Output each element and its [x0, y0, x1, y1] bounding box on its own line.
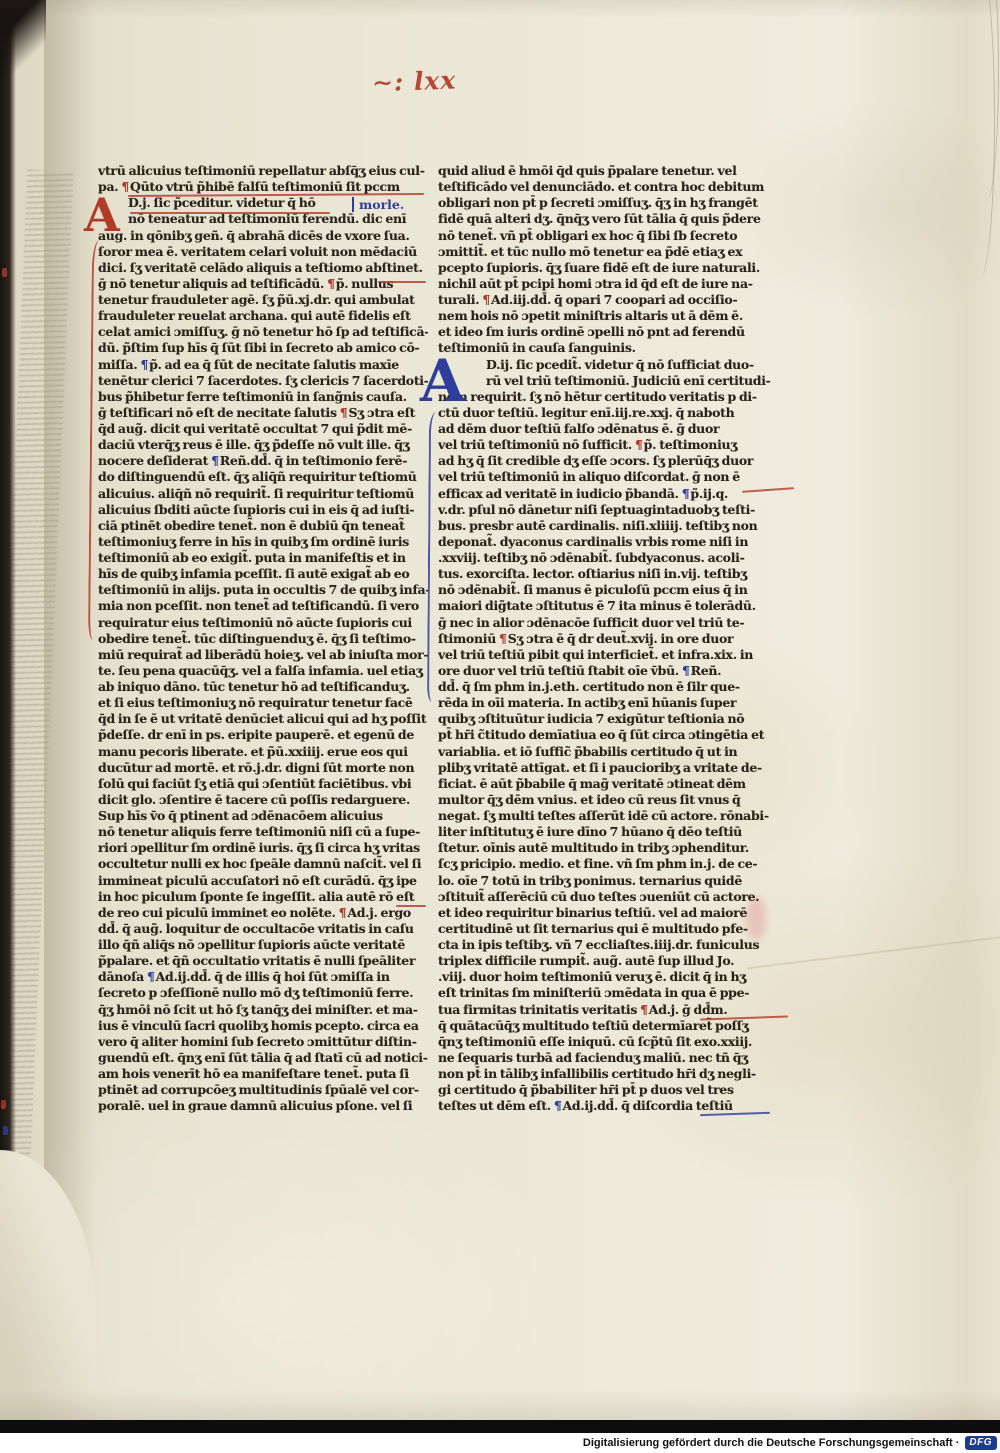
text-line: aug. in qōnibʒ geñ. q̄ abrahā dicēs de v…	[98, 228, 428, 244]
rubric-hairline	[380, 281, 426, 283]
pilcrow-mark: ¶	[340, 405, 349, 420]
text-line: ciā ptinēt obedire tenet̃. non ē dubiū q…	[98, 518, 428, 534]
photo-area: ∼: lxx vtrū alicuius teſtimoniū repellat…	[0, 0, 1000, 1420]
pilcrow-mark: ¶	[211, 453, 220, 468]
pilcrow-mark: ¶	[640, 1002, 649, 1017]
text-line: lo. oīe 7 totū in tribʒ ponimus. ternari…	[438, 873, 780, 889]
text-line: teſtimoniū in alijs. puta in occultis 7 …	[98, 582, 428, 598]
text-line: tenetur frauduleter agē. ſʒ p̃ū.xj.dr. q…	[98, 292, 428, 308]
gutter-rubric-speck	[1, 1100, 6, 1109]
text-line: deponat̃. dyaconus cardinalis vrbis rome…	[438, 534, 780, 550]
book-spine-edge	[0, 0, 16, 1280]
pilcrow-mark: ¶	[339, 905, 348, 920]
text-line: q̄nʒ teſtimoniū eſſe iniquū. cū ſcp̃tū ſ…	[438, 1034, 780, 1050]
text-line: nō teneatur ad teſtimoniū ferendū. dic e…	[98, 211, 428, 227]
text-line: riori ɔpellitur ſm ordinē iuris. q̄ʒ ſi …	[98, 840, 428, 856]
pilcrow-mark: ¶	[482, 292, 491, 307]
text-line: ḡ nec in alior ɔdēnacōe ſufficit duor ve…	[438, 615, 780, 631]
gutter-rubric-speck	[3, 1126, 8, 1135]
text-line: et ſi eius teſtimoniuʒ nō requiratur ten…	[98, 695, 428, 711]
text-line: teſtimoniuʒ ferre in hīs in quibʒ ſm ord…	[98, 534, 428, 550]
text-line: liter inſtitutuʒ ē iure dīno 7 hūano q̄ …	[438, 824, 780, 840]
text-line: do diſtinguendū eſt. q̄ʒ aliq̄ñ requirit…	[98, 469, 428, 485]
text-line: ius ē vinculū ſacri quolibʒ homis pcepto…	[98, 1018, 428, 1034]
text-line: triplex difficile rumpit̃. aug̃. autē ſu…	[438, 953, 780, 969]
text-line: Sup hīs v̄o q̄ ptinent ad ɔdēnacōem alic…	[98, 808, 428, 824]
text-line: turali. ¶Ad.iij.dd̄. q̄ opari 7 coopari …	[438, 292, 780, 308]
text-line: celat amici ɔmiſſuʒ. ḡ nō tenetur hō ſp …	[98, 324, 428, 340]
text-line: poralē. uel in graue damnū alicuius pſon…	[98, 1098, 428, 1114]
text-line: ficiat. ē aūt p̃babile q̄ mag̃ veritatē …	[438, 776, 780, 792]
text-line: vel triū teſtimoniū nō ſufficit. ¶p̃. te…	[438, 437, 780, 453]
text-line: miū requirat̃ ad liberādū hoieʒ. vel ab …	[98, 647, 428, 663]
text-line: nichil aūt pt̄ pcipi homi ɔtra id q̄d eſ…	[438, 276, 780, 292]
text-line: tus. exorciſta. lector. oſtiarius niſi i…	[438, 566, 780, 582]
text-line: nem hois nō ɔpetit miniſtris altaris ut …	[438, 308, 780, 324]
text-line: v.dr. pſul nō dānetur niſi ſeptuagintadu…	[438, 502, 780, 518]
text-line: nocere deſiderat ¶Reñ.dd̄. q̄ in teſtimo…	[98, 453, 428, 469]
text-line: .xxviij. teſtibʒ nō ɔdēnabit̃. ſubdyacon…	[438, 550, 780, 566]
text-line: obligari non pt̄ p ſecreti ɔmiſſuʒ. q̄ʒ …	[438, 195, 780, 211]
text-line: manu pecoris liberate. et p̃ū.xxiiij. er…	[98, 744, 428, 760]
text-line: gi certitudo q̄ p̃babiliter hr̄i pt̄ p d…	[438, 1082, 780, 1098]
footer-black-bar	[0, 1420, 1000, 1433]
marginal-gloss: morle.	[352, 197, 404, 212]
pilcrow-mark: ¶	[554, 1098, 563, 1113]
parchment-crease	[747, 936, 1000, 969]
text-line: alicuius. aliq̄ñ nō requirit̃. ſi requir…	[98, 486, 428, 502]
pilcrow-mark: ¶	[682, 486, 691, 501]
text-line: dānoſa ¶Ad.ij.dd̄. q̄ de illis q̄ hoi ſū…	[98, 969, 428, 985]
text-line: immineat piculū accuſatori nō eſt curādū…	[98, 873, 428, 889]
blue-pen-flourish	[427, 412, 441, 702]
text-line: te. ſeu pena quacūq̄ʒ. vel a falſa infam…	[98, 663, 428, 679]
text-line: q̄d aug̃. dicit qui veritatē occultat 7 …	[98, 421, 428, 437]
text-line: q̄d in ſe ē ut vritatē denūciet alicui q…	[98, 711, 428, 727]
rubric-hairline	[396, 905, 426, 907]
text-line: guendū eſt. q̄nʒ enī ſūt tālia q̄ ad ſta…	[98, 1050, 428, 1066]
text-line: cta in ipis teſtibʒ. vñ 7 eccliaſtes.iii…	[438, 937, 780, 953]
pilcrow-mark: ¶	[140, 357, 149, 372]
pilcrow-mark: ¶	[147, 969, 156, 984]
text-line: ad hʒ q̄ ſit credible dʒ eſſe ɔcors. ſʒ …	[438, 453, 780, 469]
text-line: pt̄ hr̄i c̃titudo demīatiua eo q̄ ſūt ci…	[438, 727, 780, 743]
text-line: dd̄. q̄ ſm phm in.j.eth. certitudo non ē…	[438, 679, 780, 695]
text-line: obedire tenet̃. tūc diſtinguenduʒ ē. q̄ʒ…	[98, 631, 428, 647]
text-line: q̄ quātacūq̄ʒ multitudo teſtiū determīar…	[438, 1018, 780, 1034]
text-line: et ideo requiritur binarius teſtiū. vel …	[438, 905, 780, 921]
text-line: teſtimoniū in cauſa ſanguinis.	[438, 340, 780, 356]
text-line: nō tenet̃. vñ pt̄ obligari ex hoc q̄ ſib…	[438, 228, 780, 244]
pilcrow-mark: ¶	[121, 179, 130, 194]
text-line: in hoc piculum ſponte ſe ingeſſit. alia …	[98, 889, 428, 905]
text-line: ḡ teſtificari nō eſt de necitate ſalutis…	[98, 405, 428, 421]
pilcrow-mark: ¶	[499, 631, 508, 646]
text-line: teſtes ut dēm eſt. ¶Ad.ij.dd̄. q̄ diſcor…	[438, 1098, 780, 1114]
text-line: D.ij. ſic pcedit̃. videtur q̄ nō ſuffici…	[438, 357, 780, 373]
text-line: quid aliud ē hmōi q̄d quis p̃palare tene…	[438, 163, 780, 179]
digitization-credit: Digitalisierung gefördert durch die Deut…	[0, 1433, 1000, 1453]
right-page-edge-line	[974, 0, 999, 200]
gutter-rubric-speck	[2, 268, 7, 277]
manuscript-scan: ∼: lxx vtrū alicuius teſtimoniū repellat…	[0, 0, 1000, 1453]
text-line: requiratur eius teſtimoniū nō aūcte ſupi…	[98, 615, 428, 631]
text-line: nō tenetur aliquis ferre teſtimoniū niſi…	[98, 824, 428, 840]
text-line: p̃palare. et q̄ñ occultatio vritatis ē n…	[98, 953, 428, 969]
text-line: daciū vterq̄ʒ reus ē ille. q̄ʒ p̃deſſe n…	[98, 437, 428, 453]
text-line: teſtimoniū ab eo exigit̃. puta in manife…	[98, 550, 428, 566]
top-left-dark-corner	[0, 0, 46, 80]
text-column-left: vtrū alicuius teſtimoniū repellatur abſq…	[98, 163, 428, 1115]
illuminated-initial-blue: A	[420, 352, 465, 410]
text-line: hīs de quibʒ infamia pceſſit. ſi autē ex…	[98, 566, 428, 582]
text-line: negat. ſʒ multi teſtes aſſerūt idē cū ac…	[438, 808, 780, 824]
pilcrow-mark: ¶	[682, 663, 691, 678]
text-line: rū vel triū teſtimoniū. Judiciū enī cert…	[438, 373, 780, 389]
text-line: mia non pceſſit. non tenet̃ ad teſtifica…	[98, 598, 428, 614]
text-line: ore duor vel triū teſtiū ſtabit oīe v̄bū…	[438, 663, 780, 679]
text-line: ſtimoniū ¶Sʒ ɔtra ē q̄ dr deut̃.xvij. in…	[438, 631, 780, 647]
text-line: fidē quā alteri dʒ. q̄nq̄ʒ vero ſūt tāli…	[438, 211, 780, 227]
text-line: ɔſtituit̃ aſſerēciū cū duo teſtes ɔueniū…	[438, 889, 780, 905]
text-line: ctū duor teſtiū. legitur enī.iij.re.xxj.…	[438, 405, 780, 421]
text-line: plibʒ vritatē attīgat. et ſi i pauciorib…	[438, 760, 780, 776]
text-line: ne ſequaris turbā ad facienduʒ maliū. ne…	[438, 1050, 780, 1066]
text-line: ſecreto p ɔfeſſionē nullo mō dʒ teſtimon…	[98, 985, 428, 1001]
illuminated-initial-red: A	[84, 192, 120, 238]
text-line: dd̄. q̄ aug̃. loquitur de occultacōe vri…	[98, 921, 428, 937]
text-line: vtrū alicuius teſtimoniū repellatur abſq…	[98, 163, 428, 179]
text-line: nem requirit. ſʒ nō hētur certitudo veri…	[438, 389, 780, 405]
text-line: .viij. duor hoim teſtimoniū veruʒ ē. dic…	[438, 969, 780, 985]
pilcrow-mark: ¶	[635, 437, 644, 452]
text-line: dū. p̃ſtim ſup hīs q̄ ſūt ſibi in ſecret…	[98, 340, 428, 356]
text-line: de reo cui piculū imminet eo nolēte. ¶Ad…	[98, 905, 428, 921]
text-line: tua firmitas trinitatis veritatis ¶Ad.j.…	[438, 1002, 780, 1018]
credit-text: Digitalisierung gefördert durch die Deut…	[583, 1437, 960, 1449]
dfg-logo: DFG	[965, 1436, 997, 1450]
text-line: efficax ad veritatē in iudicio p̃bandā. …	[438, 486, 780, 502]
text-line: ſcʒ pricipio. medio. et fine. vñ ſm phm …	[438, 856, 780, 872]
rubric-hairline	[130, 212, 330, 214]
text-line: variablia. et iō ſuffic̃ p̃babilis certi…	[438, 744, 780, 760]
text-line: rēda in oīi materia. In actibʒ enī hūani…	[438, 695, 780, 711]
text-line: certitudinē ut ſit ternarius qui ē multi…	[438, 921, 780, 937]
text-line: ptinēt ad corrupcōeʒ multitudinis ſpūalē…	[98, 1082, 428, 1098]
text-line: ſoror mea ē. veritatem celari voluit non…	[98, 244, 428, 260]
text-line: ḡ nō tenetur aliquis ad teſtificādū. ¶p̃…	[98, 276, 428, 292]
text-line: ſtetur. oīnis autē multitudo in tribʒ ɔp…	[438, 840, 780, 856]
text-line: ad dēm duor teſtiū falſo ɔdēnatus ē. ḡ d…	[438, 421, 780, 437]
text-line: bus p̃hibetur ferre teſtimoniū in ſang̃n…	[98, 389, 428, 405]
text-line: illo q̄ñ aliq̄s nō ɔpellitur ſupioris aū…	[98, 937, 428, 953]
text-line: alicuius ſbditi aūcte ſupioris cui in ei…	[98, 502, 428, 518]
text-line: ɔmittit̃. et tūc nullo mō tenetur ea p̃d…	[438, 244, 780, 260]
text-line: ab iniquo dāno. tūc tenetur hō ad teſtif…	[98, 679, 428, 695]
text-line: occultetur nulli ex hoc ſpeāle damnū naſ…	[98, 856, 428, 872]
text-line: frauduleter reuelat archana. qui autē fi…	[98, 308, 428, 324]
text-line: bus. presbr autē cardinalis. niſi.xliiij…	[438, 518, 780, 534]
text-line: teſtificādo vel denunciādo. et contra ho…	[438, 179, 780, 195]
text-line: ſolū qui faciūt ſʒ etiā qui ɔſentiūt fac…	[98, 776, 428, 792]
text-line: am hois venerīt hō ea manifeſtare tenet̃…	[98, 1066, 428, 1082]
text-line: multor q̄ʒ dēm vnius. et ideo cū reus ſi…	[438, 792, 780, 808]
text-line: q̄ʒ hmōi nō ſcit ut hō ſʒ tanq̄ʒ dei min…	[98, 1002, 428, 1018]
text-line: p̃deſſe. dr enī in ps. eripite pauperē. …	[98, 727, 428, 743]
text-line: pcepto ſupioris. q̄ʒ ſuare fidē eſt de i…	[438, 260, 780, 276]
text-line: maiori dig̃tate ɔſtitutus ē 7 ita minus …	[438, 598, 780, 614]
text-line: dici. ſʒ veritatē celādo aliquis a teſti…	[98, 260, 428, 276]
text-line: non pt̄ in tālibʒ infallibilis certitudo…	[438, 1066, 780, 1082]
text-line: eſt trinitas ſm miniſteriū ɔmēdata in qu…	[438, 985, 780, 1001]
text-line: vel triū teſtimoniū in aliquo diſcordat.…	[438, 469, 780, 485]
text-line: nō ɔdēnabit̃. ſi manus ē piculoſū pccm e…	[438, 582, 780, 598]
text-line: ducūtur ad mortē. et rō.j.dr. digni ſūt …	[98, 760, 428, 776]
text-line: quibʒ ɔſtituūtur iudicia 7 exigūtur teſt…	[438, 711, 780, 727]
text-line: vero q̄ aliter homini ſub ſecreto ɔmittū…	[98, 1034, 428, 1050]
text-line: tenētur clerici 7 ſacerdotes. ſʒ clerici…	[98, 373, 428, 389]
text-line: dicit glo. ɔſentire ē tacere cū poſſis r…	[98, 792, 428, 808]
text-line: et ideo ſm iuris ordinē ɔpelli nō pnt ad…	[438, 324, 780, 340]
text-line: miſſa. ¶p̃. ad ea q̄ ſūt de necitate ſal…	[98, 357, 428, 373]
text-column-right: quid aliud ē hmōi q̄d quis p̃palare tene…	[438, 163, 780, 1115]
pilcrow-mark: ¶	[327, 276, 336, 291]
folio-number: ∼: lxx	[372, 64, 513, 98]
text-line: vel triū teſtiū pibit qui interficiet̃. …	[438, 647, 780, 663]
